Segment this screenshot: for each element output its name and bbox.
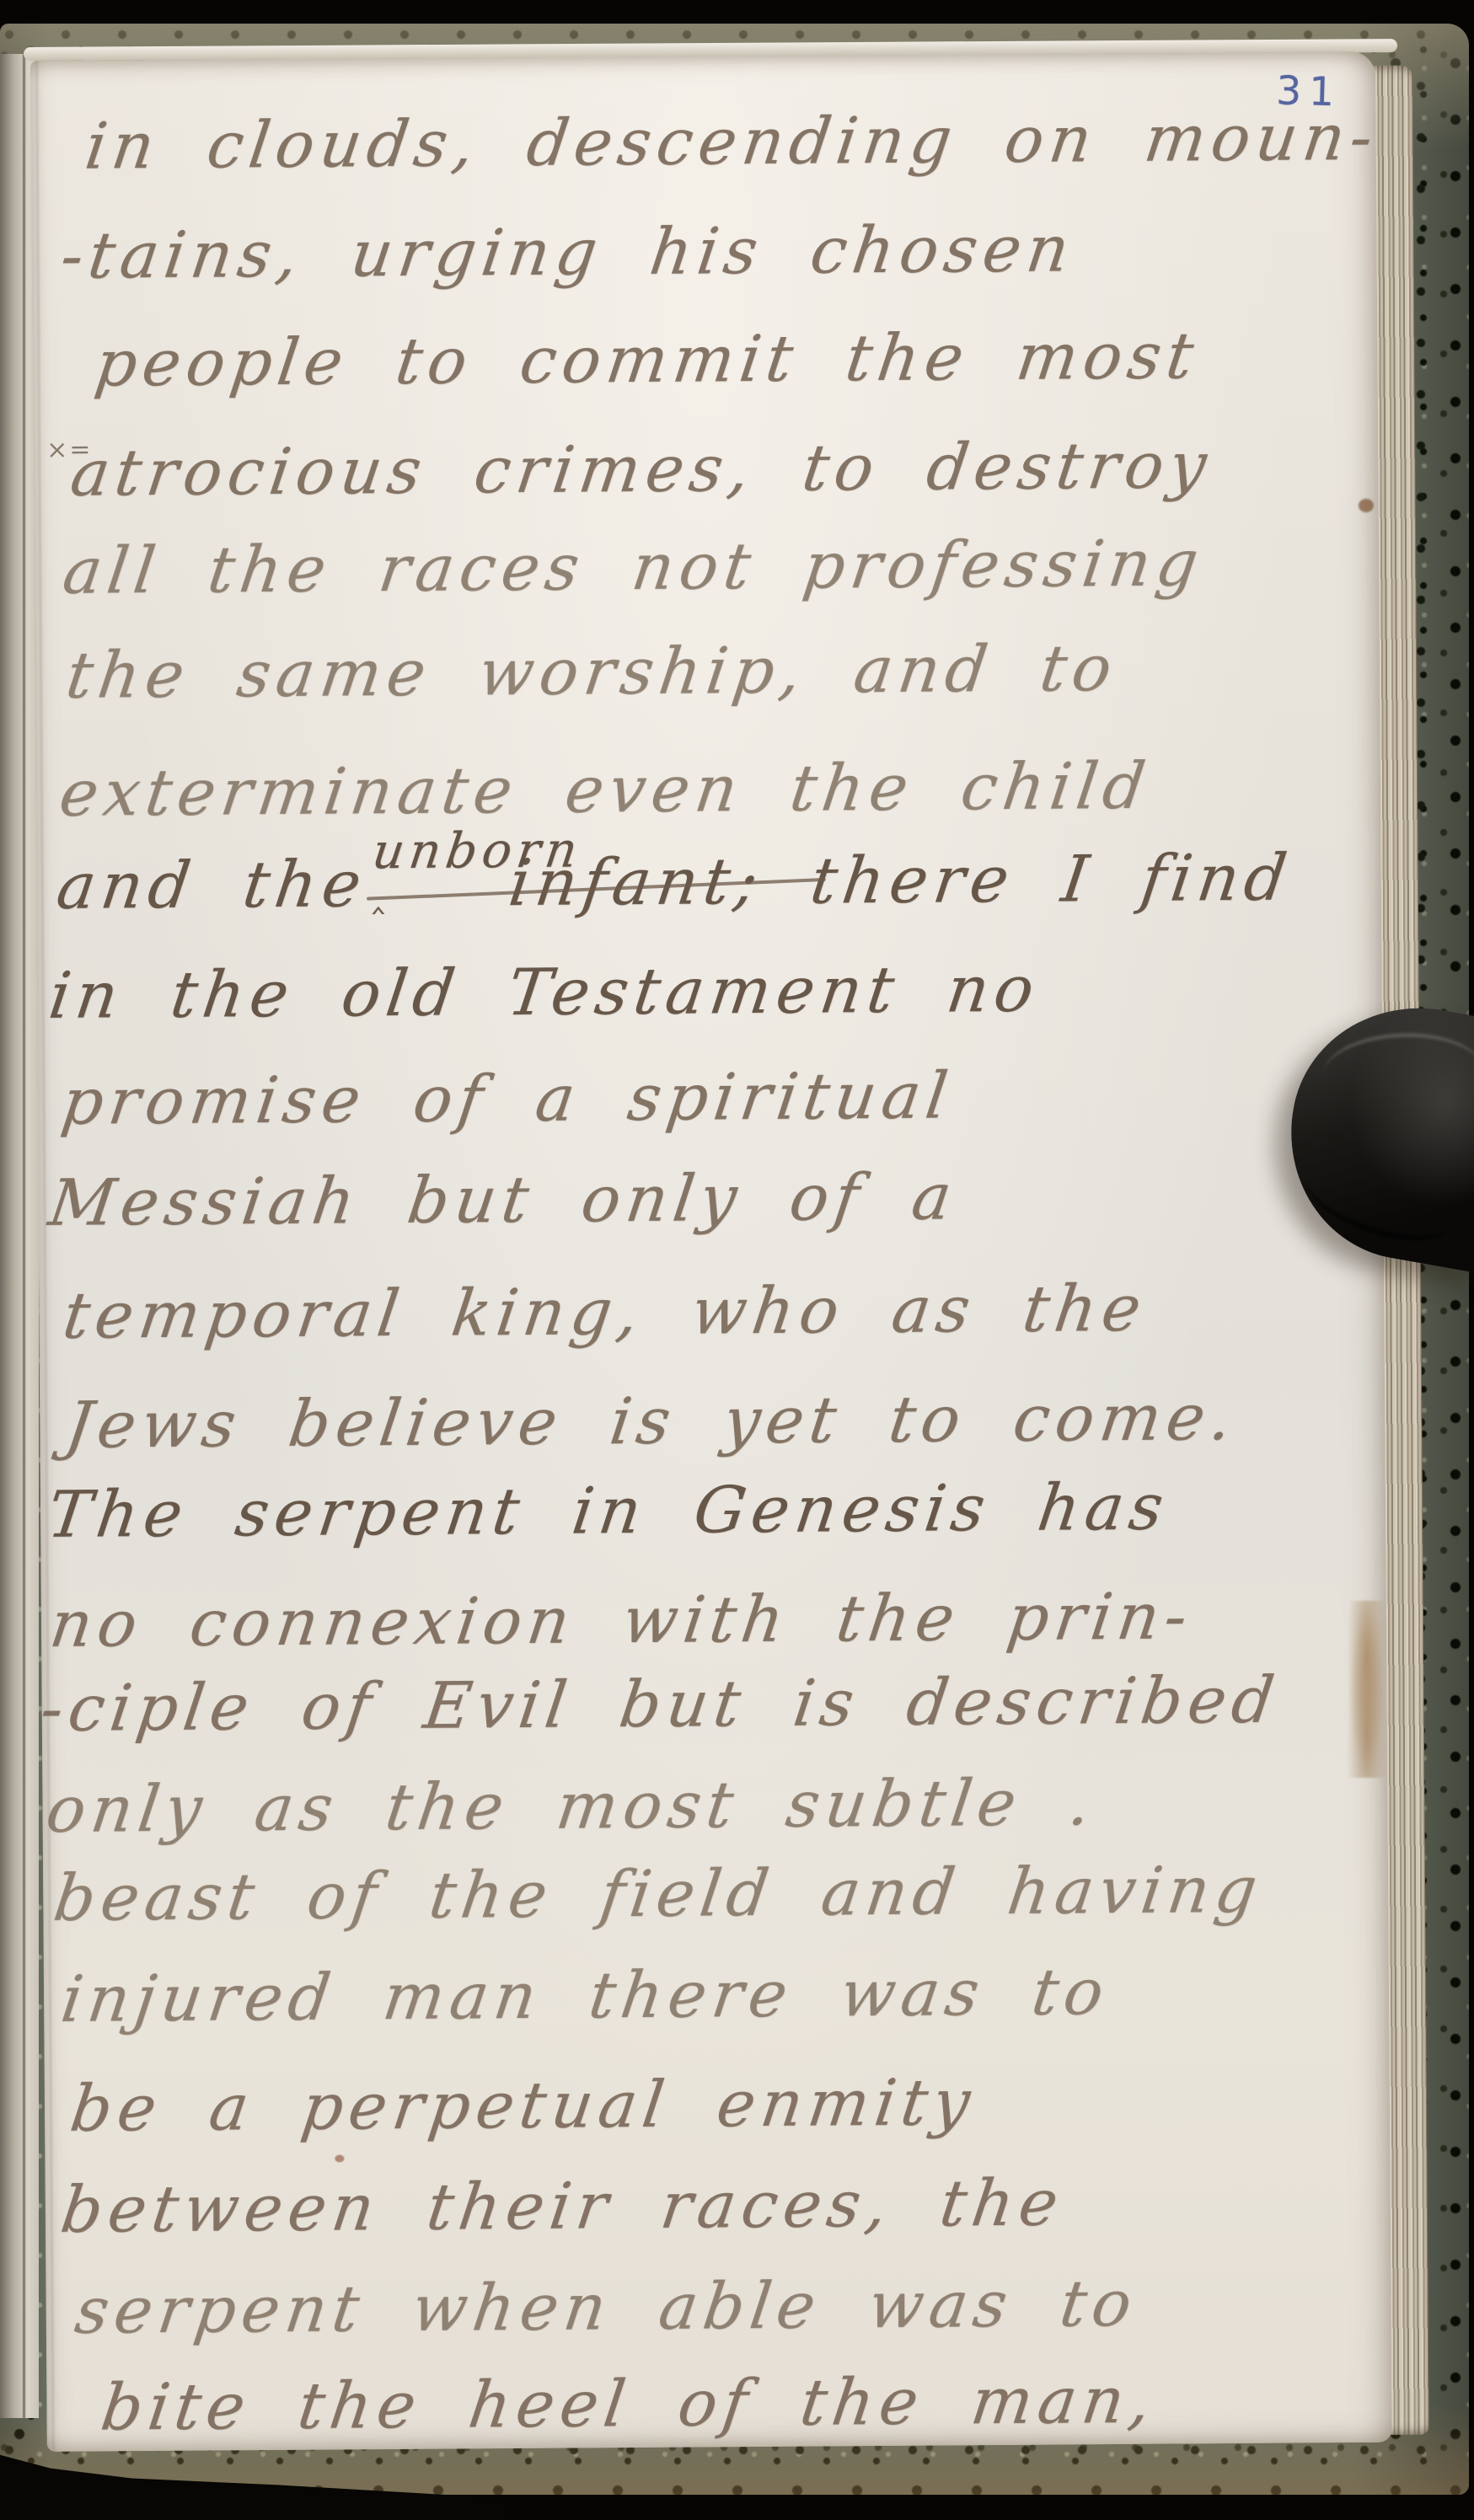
foxing-stain — [335, 2154, 344, 2162]
handwriting-line: temporal king, who as the — [60, 1276, 1150, 1348]
insertion-caret-mark: ‸ — [372, 872, 385, 911]
inserted-word: unborn — [370, 825, 586, 875]
handwriting-line: beast of the field and having — [50, 1858, 1266, 1930]
handwriting-line: Messiah but only of a — [46, 1164, 961, 1235]
handwriting-line: -ciple of Evil but is described — [37, 1668, 1284, 1741]
handwriting-line: only as the most subtle . — [43, 1770, 1101, 1842]
handwriting-line: The serpent in Genesis has — [44, 1475, 1172, 1547]
handwriting-line: Jews believe is yet to come. — [62, 1385, 1241, 1458]
edge-stain — [1347, 1601, 1387, 1778]
handwriting-line: serpent when able was to — [72, 2271, 1141, 2343]
handwriting-text: infant; there I find — [505, 840, 1297, 921]
handwriting-line-with-insertion: and theinfant; there I find — [53, 846, 1296, 918]
handwriting-line: no connexion with the prin- — [46, 1584, 1197, 1656]
notebook-page: 31 ×= in clouds, descending on moun- -ta… — [30, 51, 1392, 2452]
handwriting-line: in clouds, descending on moun- — [82, 105, 1382, 179]
handwriting-line: atrocious crimes, to destroy — [67, 433, 1216, 506]
handwriting-line: in the old Testament no — [46, 957, 1043, 1028]
handwriting-text: and the — [52, 846, 371, 923]
handwriting-line: bite the heel of the man, — [98, 2368, 1160, 2440]
handwriting-line: between their races, the — [57, 2170, 1068, 2241]
handwriting-line: be a perpetual enmity — [67, 2070, 979, 2141]
handwriting-line: all the races not professing — [59, 531, 1207, 603]
handwriting-line: promise of a spiritual — [58, 1063, 957, 1133]
edge-stain — [1359, 499, 1374, 512]
handwriting-line: people to commit the most — [92, 324, 1203, 395]
handwriting-line: the same worship, and to — [62, 636, 1121, 708]
handwriting-line: injured man there was to — [57, 1960, 1112, 2031]
scanned-notebook-photo: 31 ×= in clouds, descending on moun- -ta… — [0, 0, 1474, 2520]
handwriting-line: exterminate even the child — [56, 754, 1155, 826]
handwriting-line: -tains, urging his chosen — [57, 217, 1079, 287]
